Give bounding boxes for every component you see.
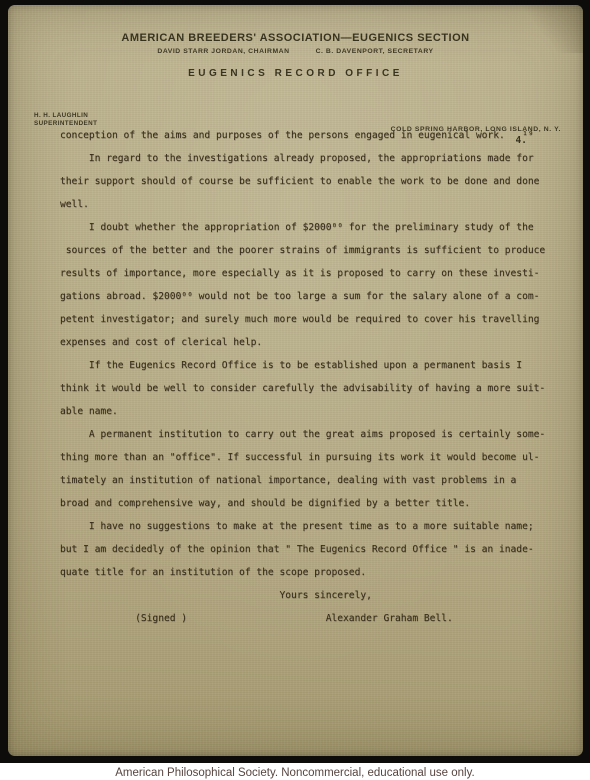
typed-line: quate title for an institution of the sc…	[60, 561, 565, 584]
typed-line: broad and comprehensive way, and should …	[60, 492, 565, 515]
letter-body: conception of the aims and purposes of t…	[60, 124, 565, 630]
letterhead: AMERICAN BREEDERS' ASSOCIATION—EUGENICS …	[8, 32, 583, 79]
typed-line: results of importance, more especially a…	[60, 262, 565, 285]
typed-line: sources of the better and the poorer str…	[60, 239, 565, 262]
screenshot-stage: AMERICAN BREEDERS' ASSOCIATION—EUGENICS …	[0, 0, 590, 780]
typed-line: I doubt whether the appropriation of $20…	[60, 216, 565, 239]
office-title: EUGENICS RECORD OFFICE	[8, 68, 583, 79]
typed-line: think it would be well to consider caref…	[60, 377, 565, 400]
typed-line: A permanent institution to carry out the…	[60, 423, 565, 446]
officers-line: DAVID STARR JORDAN, CHAIRMAN C. B. DAVEN…	[8, 48, 583, 55]
typed-line: (Signed ) Alexander Graham Bell.	[60, 607, 565, 630]
scan-frame: AMERICAN BREEDERS' ASSOCIATION—EUGENICS …	[0, 0, 590, 763]
typed-line: their support should of course be suffic…	[60, 170, 565, 193]
archive-caption-bar: American Philosophical Society. Noncomme…	[0, 763, 590, 780]
typed-line: expenses and cost of clerical help.	[60, 331, 565, 354]
typed-line: gations abroad. $2000⁰⁰ would not be too…	[60, 285, 565, 308]
typed-line: petent investigator; and surely much mor…	[60, 308, 565, 331]
typed-line: In regard to the investigations already …	[60, 147, 565, 170]
superintendent-name: H. H. LAUGHLIN	[34, 112, 97, 120]
typed-line: Yours sincerely,	[60, 584, 565, 607]
typed-line: conception of the aims and purposes of t…	[60, 124, 565, 147]
organization-title: AMERICAN BREEDERS' ASSOCIATION—EUGENICS …	[8, 32, 583, 44]
chairman-name: DAVID STARR JORDAN, CHAIRMAN	[157, 48, 289, 55]
typed-line: but I am decidedly of the opinion that "…	[60, 538, 565, 561]
letter-page: AMERICAN BREEDERS' ASSOCIATION—EUGENICS …	[8, 5, 583, 756]
typed-line: If the Eugenics Record Office is to be e…	[60, 354, 565, 377]
archive-caption: American Philosophical Society. Noncomme…	[115, 767, 474, 779]
typed-line: well.	[60, 193, 565, 216]
typed-line: I have no suggestions to make at the pre…	[60, 515, 565, 538]
typed-line: timately an institution of national impo…	[60, 469, 565, 492]
typed-line: able name.	[60, 400, 565, 423]
secretary-name: C. B. DAVENPORT, SECRETARY	[316, 48, 434, 55]
typed-line: thing more than an "office". If successf…	[60, 446, 565, 469]
